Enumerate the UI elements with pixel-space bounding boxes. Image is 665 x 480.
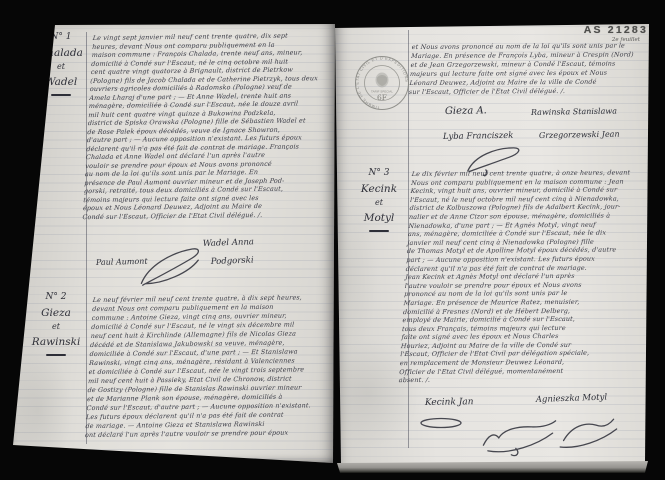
page-stack-edge — [337, 461, 648, 473]
register-scan: N° 1 Chalada et Wadel Le vingt sept janv… — [0, 0, 665, 480]
groom-surname: Gieza — [23, 307, 89, 319]
margin-dash — [369, 230, 389, 232]
entry-number: N° 2 — [23, 292, 89, 302]
signature-bride-entry1: Wadel Anna — [203, 237, 254, 249]
signature-witness1-entry2: Lyba Franciszek — [443, 131, 514, 142]
entry-number: N° 3 — [351, 168, 407, 178]
left-page: N° 1 Chalada et Wadel Le vingt sept janv… — [13, 20, 335, 464]
groom-surname: Kecink — [351, 183, 407, 195]
conjunction: et — [32, 62, 90, 71]
signature-flourish-icon — [478, 418, 563, 459]
entry3-act-text: Le dix février mil neuf cent trente quat… — [398, 168, 630, 384]
signature-flourish-icon — [554, 417, 623, 452]
margin-note-entry1: N° 1 Chalada et Wadel — [32, 32, 90, 96]
margin-dash — [51, 94, 71, 96]
right-page: AS 21283 2e feuillet TIMBRE DE L'ETAT CI… — [333, 18, 655, 476]
text-line: absent. /. — [398, 375, 617, 385]
text-line: ont déclaré l'un après l'autre vouloir s… — [85, 428, 310, 440]
text-line: sur l'Escaut, Officier de l'Etat Civil d… — [409, 86, 632, 97]
signature-witness2-entry2: Grzegorzewski Jean — [539, 130, 620, 140]
serial-stamp: AS 21283 2e feuillet — [568, 24, 648, 43]
stamp-value: 6F — [377, 93, 387, 102]
bride-surname: Motyl — [351, 212, 407, 224]
fiscal-stamp-icon: TIMBRE DE L'ETAT CIVIL ET D'EXPEDITIONS … — [353, 54, 411, 112]
bride-surname: Wadel — [32, 76, 90, 88]
conjunction: et — [351, 198, 407, 207]
margin-dash — [46, 354, 66, 356]
serial-number: AS 21283 — [568, 24, 648, 36]
margin-note-entry3: N° 3 Kecink et Motyl — [351, 168, 407, 232]
entry-number: N° 1 — [32, 32, 90, 42]
signature-groom-entry3: Kecink Jan — [425, 397, 474, 408]
text-line: part ; — Aucune opposition n'existant. L… — [406, 254, 625, 264]
entry1-act-text: Le vingt sept janvier mil neuf cent tren… — [82, 31, 320, 221]
conjunction: et — [23, 322, 89, 331]
bride-surname: Rawinski — [23, 336, 89, 348]
entry2-act-text-continued: et Nous avons prononcé au nom de la loi … — [409, 41, 635, 97]
entry2-act-text: Le neuf février mil neuf cent trente qua… — [85, 293, 318, 440]
margin-note-entry2: N° 2 Gieza et Rawinski — [23, 292, 89, 356]
stain — [3, 350, 73, 470]
groom-surname: Chalada — [32, 47, 90, 59]
signature-witness2-entry1: Podgorski — [211, 256, 254, 267]
signature-flourish-icon — [133, 244, 210, 290]
signature-bride-entry2: Rawinska Stanislawa — [531, 106, 617, 117]
signature-flourish-icon — [418, 416, 464, 430]
signature-bride-entry3: Agnieszka Motyl — [536, 393, 608, 405]
signature-groom-entry2: Gieza A. — [445, 105, 487, 117]
